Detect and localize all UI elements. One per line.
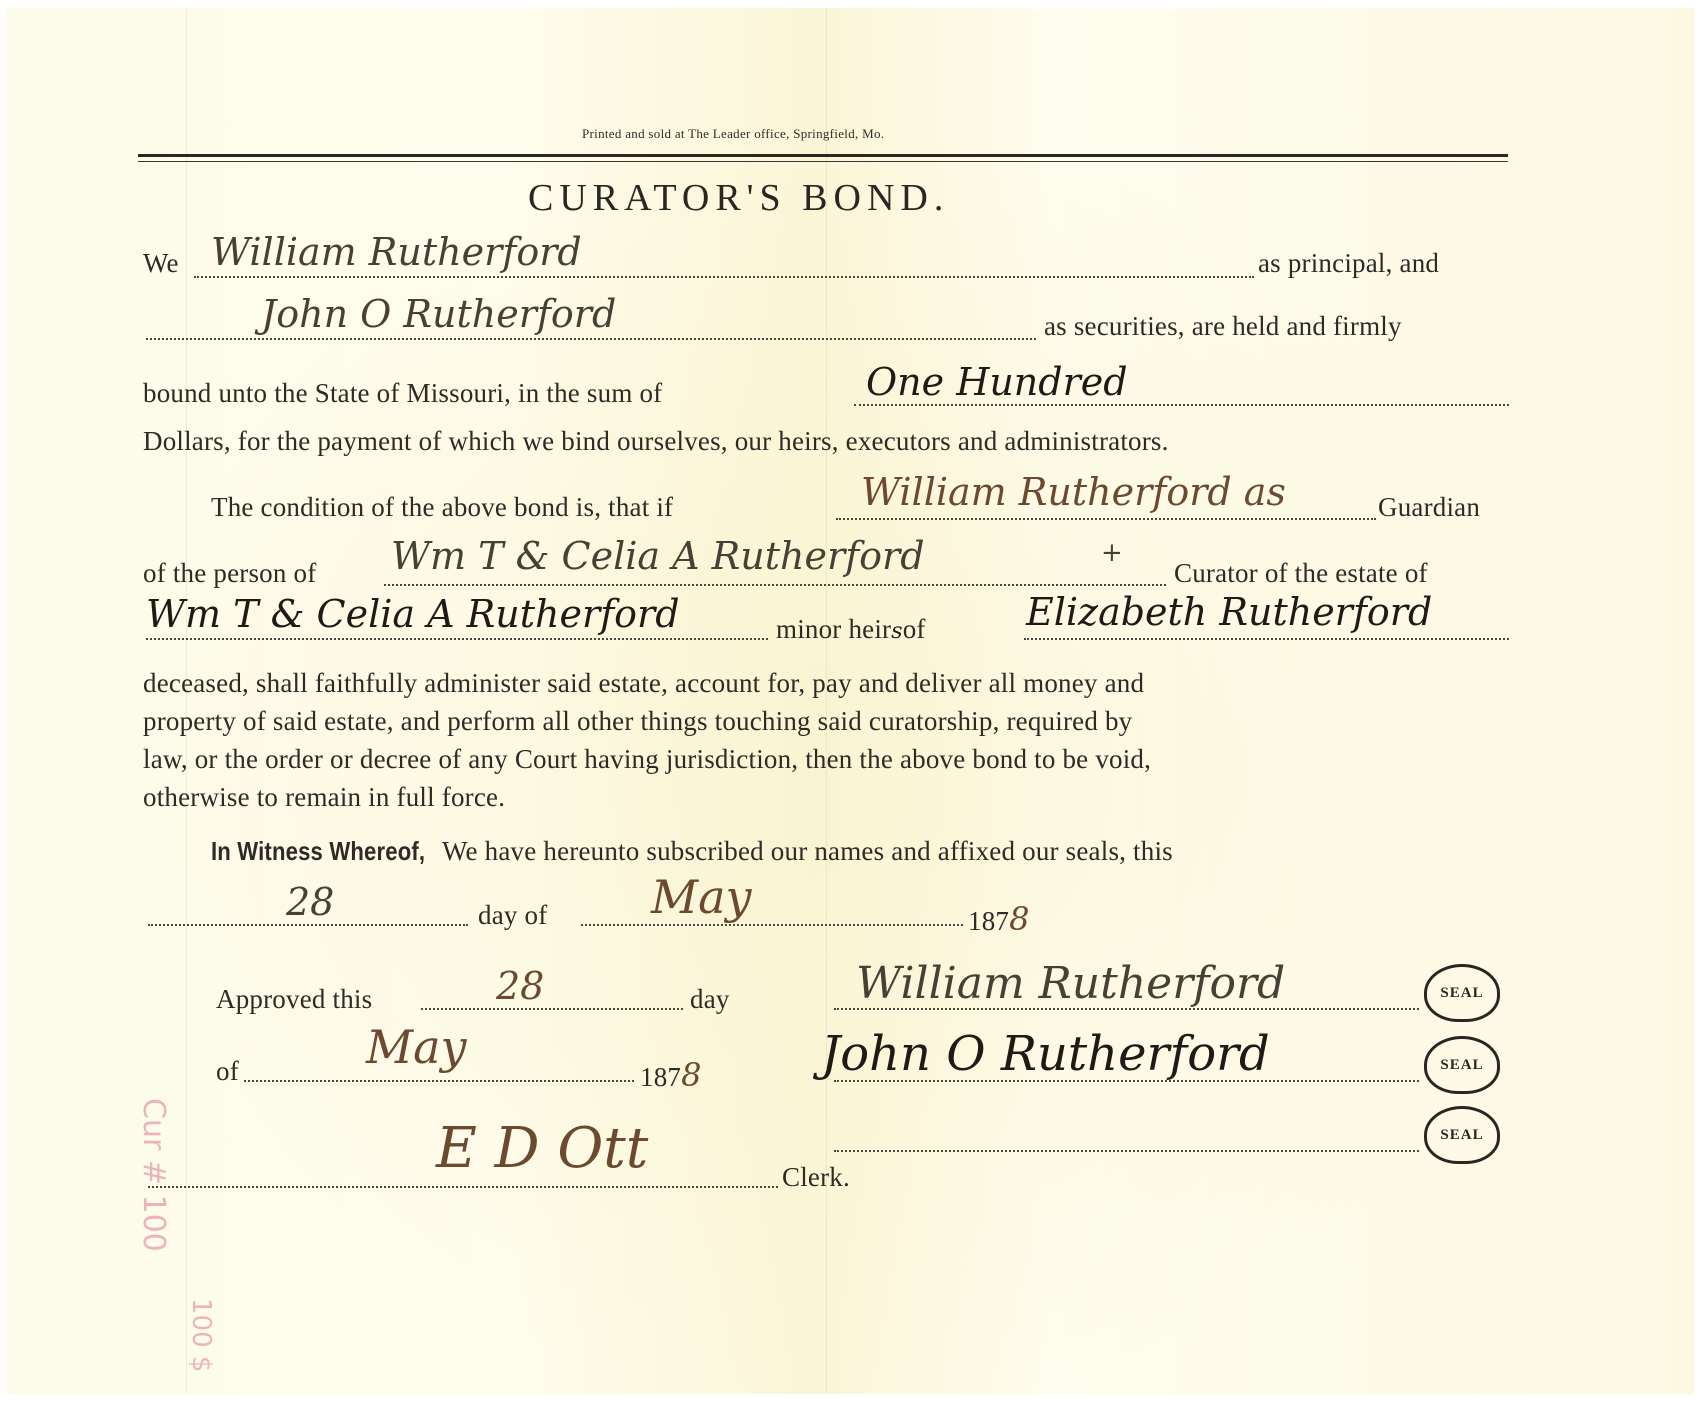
clerk-label: Clerk. xyxy=(782,1162,850,1193)
guardian-label: Guardian xyxy=(1378,492,1480,523)
principal-name[interactable]: William Rutherford xyxy=(211,230,582,274)
approval-month[interactable]: May xyxy=(366,1020,467,1074)
dollars-text: Dollars, for the payment of which we bin… xyxy=(143,426,1169,457)
paragraph-line-4: otherwise to remain in full force. xyxy=(143,782,505,813)
witness-year: 1878 xyxy=(968,900,1030,938)
margin-note-amount: 100 $ xyxy=(186,1298,216,1372)
wards-name[interactable]: Wm T & Celia A Rutherford xyxy=(391,534,925,578)
we-label: We xyxy=(143,248,179,279)
approval-day[interactable]: 28 xyxy=(496,964,544,1008)
guardian-name[interactable]: William Rutherford as xyxy=(861,470,1286,514)
deceased-name[interactable]: Elizabeth Rutherford xyxy=(1026,590,1432,634)
seal-icon-2: SEAL xyxy=(1424,1036,1500,1094)
estate-wards-field-line xyxy=(146,638,768,640)
witness-month[interactable]: May xyxy=(651,870,752,924)
document-page: Printed and sold at The Leader office, S… xyxy=(6,8,1694,1394)
approved-this-label: Approved this xyxy=(216,984,372,1015)
wards-field-line xyxy=(384,584,1166,586)
estate-wards-name[interactable]: Wm T & Celia A Rutherford xyxy=(146,592,680,636)
witness-day[interactable]: 28 xyxy=(286,880,334,924)
curator-of-estate-label: Curator of the estate of xyxy=(1174,558,1428,589)
condition-text: The condition of the above bond is, that… xyxy=(211,492,673,523)
clerk-signature[interactable]: E D Ott xyxy=(436,1116,648,1181)
clerk-field-line xyxy=(148,1186,778,1188)
witness-line: In Witness Whereof, We have hereunto sub… xyxy=(211,836,1173,867)
principal-suffix: as principal, and xyxy=(1258,248,1439,279)
approval-day-label: day xyxy=(690,984,730,1015)
header-rule-thick xyxy=(138,154,1508,157)
seal-icon-1: SEAL xyxy=(1424,964,1500,1022)
signature-2[interactable]: John O Rutherford xyxy=(821,1026,1270,1082)
guardian-field-line xyxy=(836,518,1376,520)
plus-mark: + xyxy=(1101,538,1123,568)
document-title: CURATOR'S BOND. xyxy=(528,176,949,220)
signature-line-3 xyxy=(834,1150,1419,1152)
paragraph-line-2: property of said estate, and perform all… xyxy=(143,706,1132,737)
deceased-field-line xyxy=(1024,638,1509,640)
month-field-line xyxy=(581,924,963,926)
day-of-label: day of xyxy=(478,900,547,931)
minor-heir-label: minor heirsof xyxy=(776,614,926,645)
security-field-line xyxy=(146,338,1036,340)
paragraph-line-1: deceased, shall faithfully administer sa… xyxy=(143,668,1144,699)
principal-field-line xyxy=(194,276,1254,278)
seal-icon-3: SEAL xyxy=(1424,1106,1500,1164)
person-of-label: of the person of xyxy=(143,558,316,589)
approval-day-field-line xyxy=(421,1008,683,1010)
day-field-line xyxy=(148,924,468,926)
security-suffix: as securities, are held and firmly xyxy=(1044,311,1402,342)
paragraph-line-3: law, or the order or decree of any Court… xyxy=(143,744,1151,775)
bond-amount[interactable]: One Hundred xyxy=(866,360,1128,404)
header-rule-thin xyxy=(138,161,1508,162)
margin-note-case-number: Cur # 100 xyxy=(136,1098,171,1252)
security-name[interactable]: John O Rutherford xyxy=(261,292,616,336)
approval-of-label: of xyxy=(216,1056,239,1087)
bound-text: bound unto the State of Missouri, in the… xyxy=(143,378,662,409)
approval-year: 1878 xyxy=(640,1056,702,1094)
signature-1[interactable]: William Rutherford xyxy=(856,958,1285,1009)
amount-field-line xyxy=(854,404,1509,406)
printer-line: Printed and sold at The Leader office, S… xyxy=(582,126,884,142)
witness-heading: In Witness Whereof, xyxy=(211,836,425,867)
approval-month-field-line xyxy=(244,1080,634,1082)
